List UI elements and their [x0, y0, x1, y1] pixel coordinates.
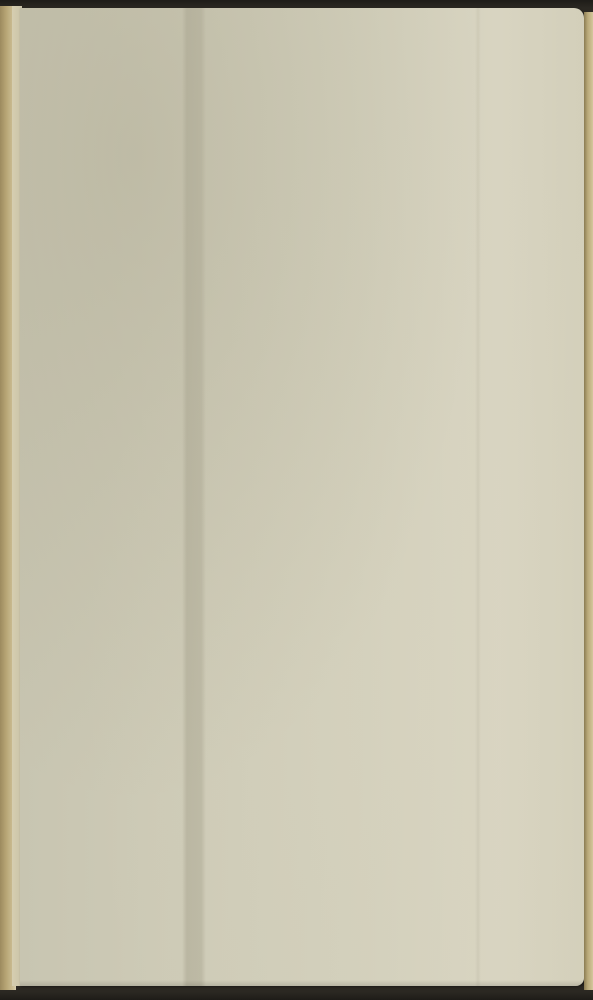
scan-background [0, 0, 593, 1000]
fold-crease [475, 8, 481, 986]
right-page-edge [584, 12, 593, 990]
fold-band [182, 8, 206, 986]
blank-page [20, 8, 584, 986]
page-bottom-shadow [20, 980, 584, 986]
